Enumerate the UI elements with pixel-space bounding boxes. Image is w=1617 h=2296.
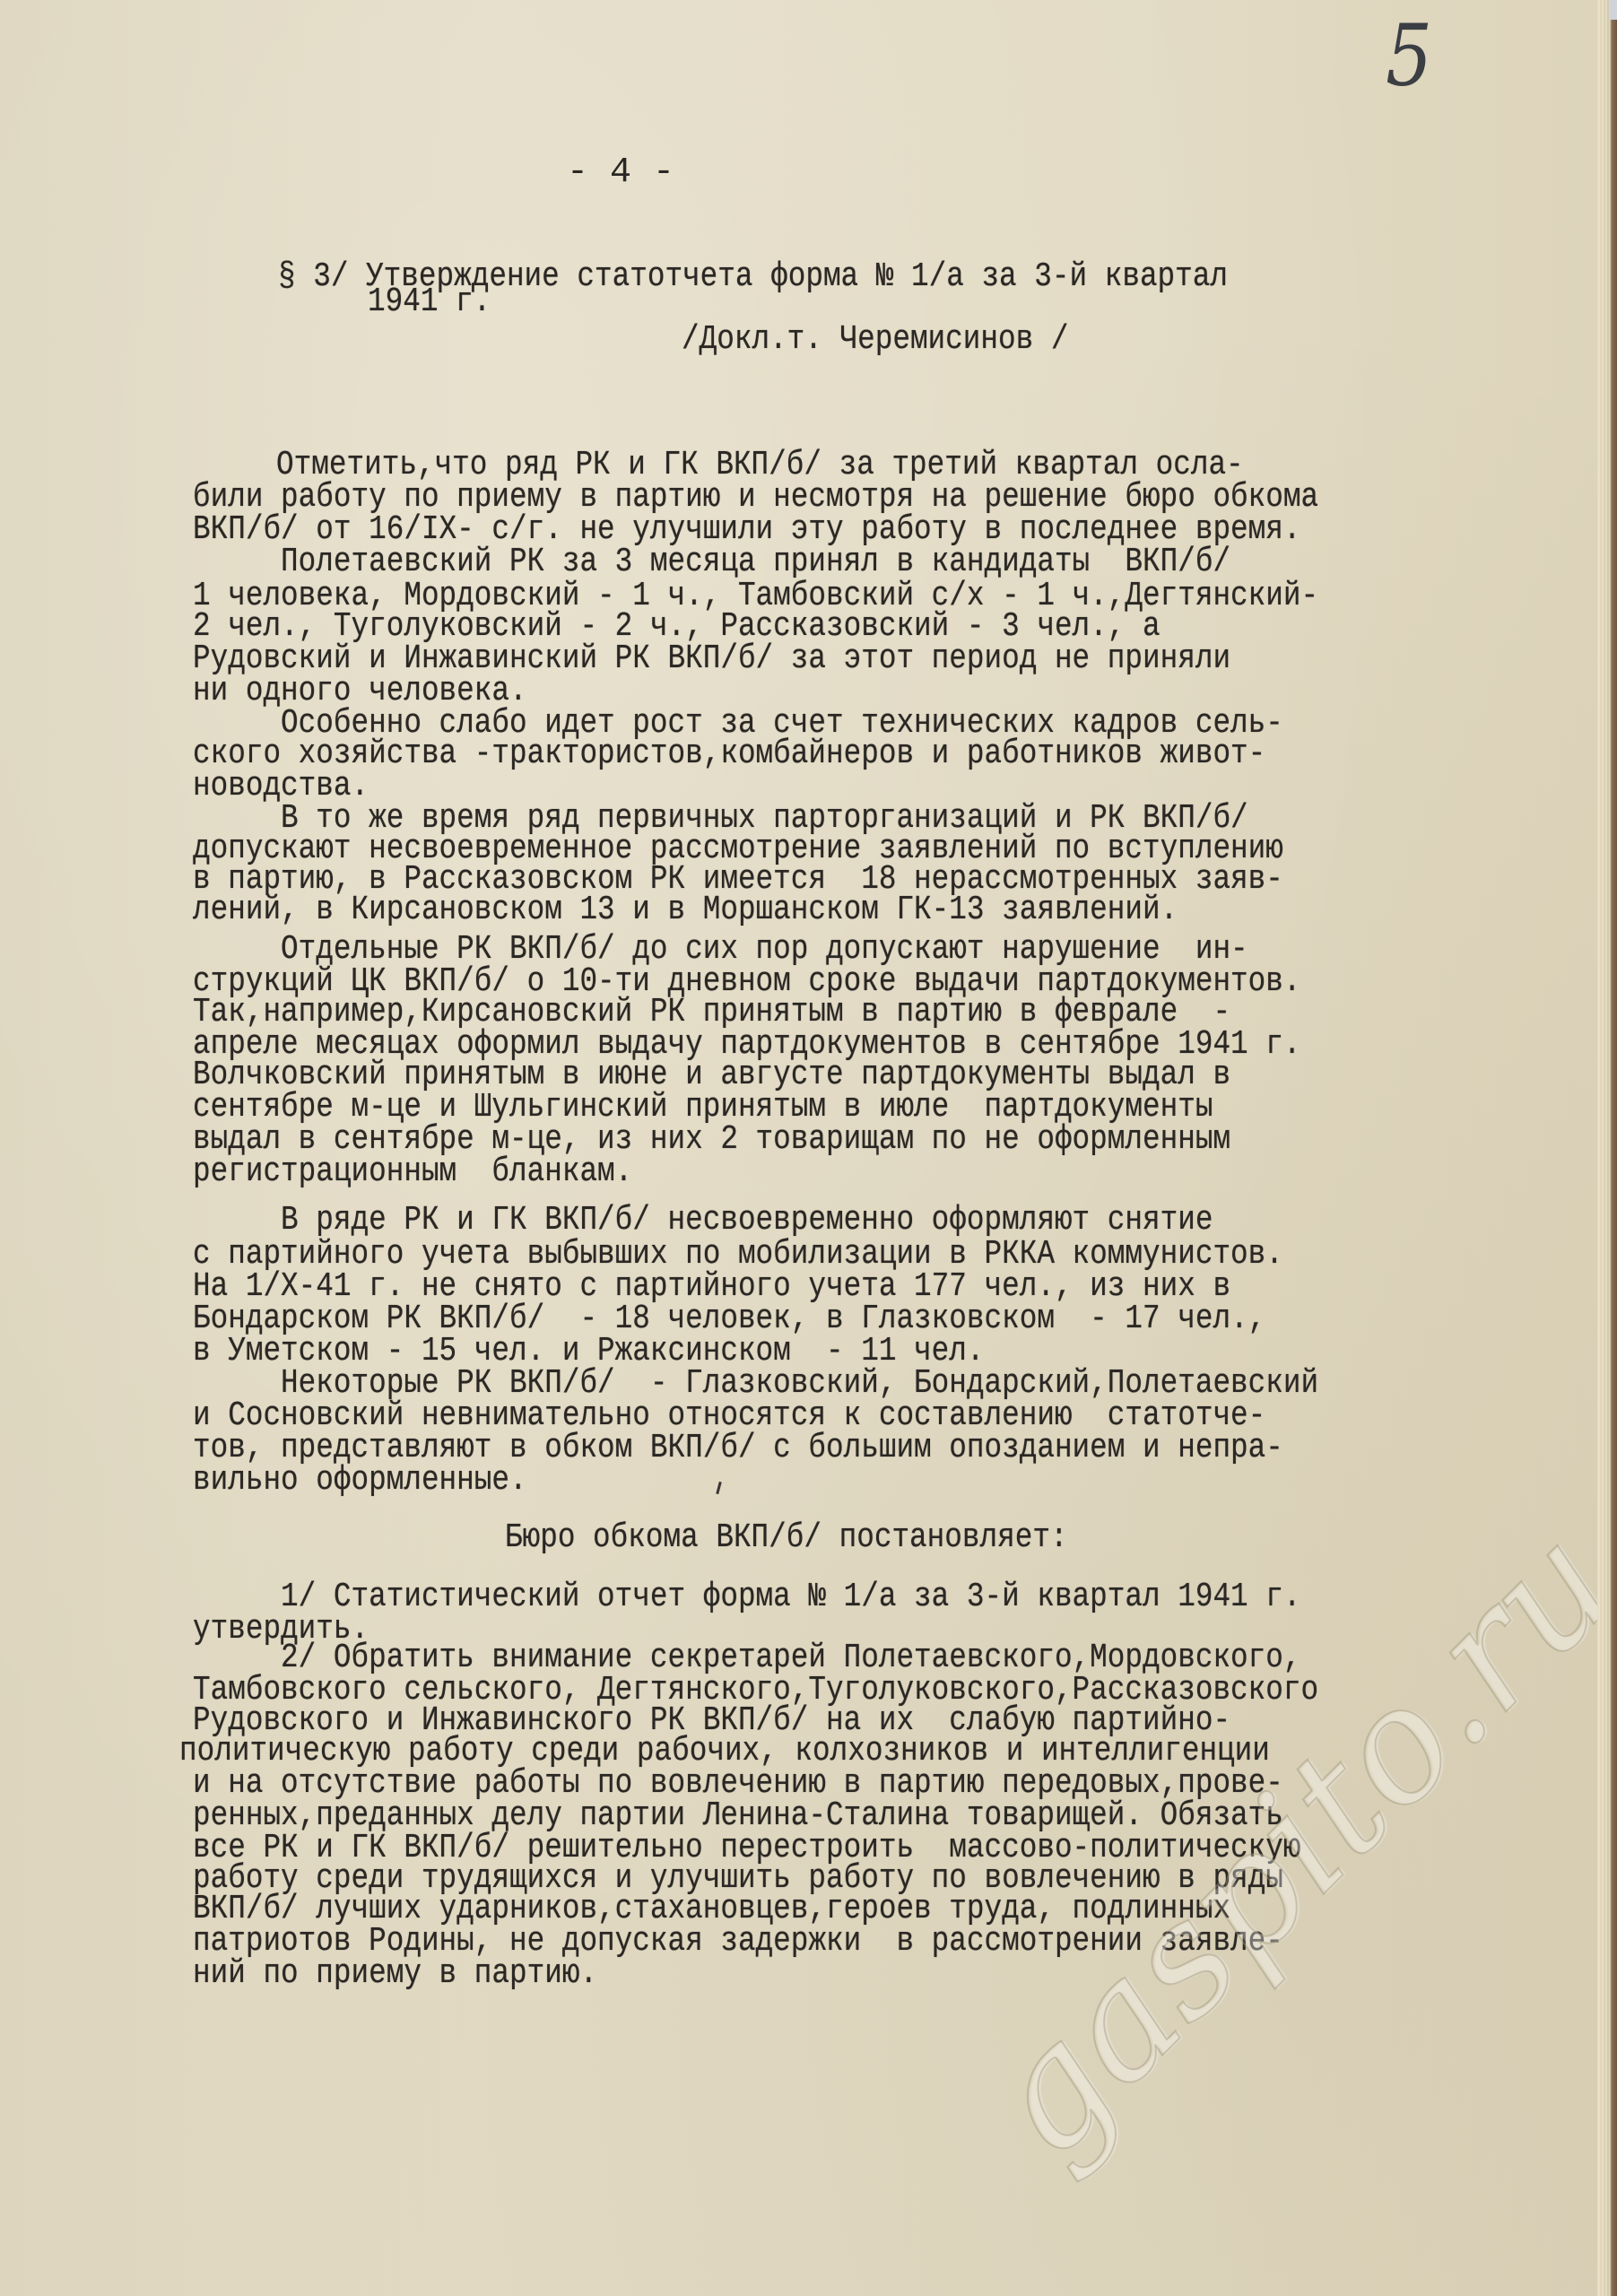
document-page: 5 - 4 - § 3/ Утверждение статотчета форм… — [0, 0, 1599, 2296]
section-reporter: /Докл.т. Черемисинов / — [682, 323, 1068, 357]
section-heading-line-2: 1941 г. — [368, 285, 491, 319]
body-line: вильно оформленные. — [193, 1464, 527, 1498]
background-corner — [1610, 0, 1617, 20]
resolution-line: ний по приему в партию. — [193, 1957, 597, 1991]
stacked-page-edges — [1597, 0, 1617, 2296]
body-line: Полетаевский РК за 3 месяца принял в кан… — [193, 545, 1230, 579]
resolution-heading: Бюро обкома ВКП/б/ постановляет: — [505, 1521, 1068, 1555]
stray-ink-mark — [716, 1482, 722, 1494]
body-line: регистрационным бланкам. — [193, 1155, 632, 1189]
archive-sheet-number: 5 — [1386, 7, 1432, 105]
body-line: В ряде РК и ГК ВКП/б/ несвоевременно офо… — [193, 1204, 1213, 1238]
body-line: лений, в Кирсановском 13 и в Моршанском … — [193, 893, 1178, 927]
page-number: - 4 - — [567, 152, 674, 193]
